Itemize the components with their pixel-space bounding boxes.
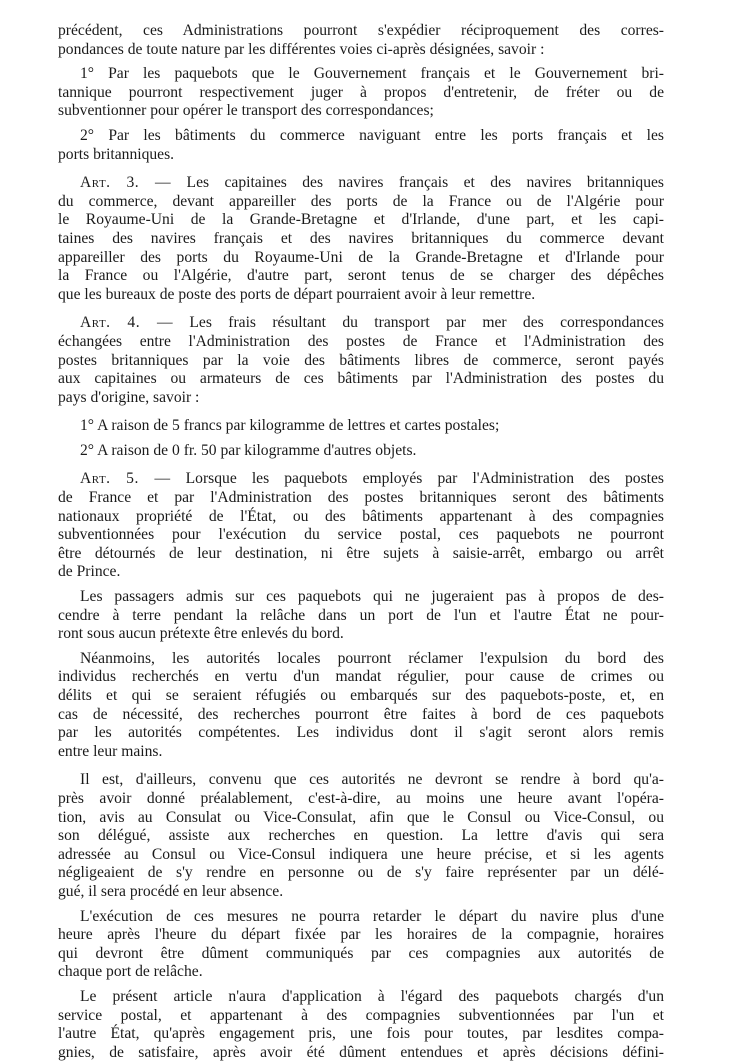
text-line: être détournés de leur destination, ni ê… (58, 545, 664, 564)
text-line: L'exécution de ces mesures ne pourra ret… (58, 908, 664, 927)
text-line: que les bureaux de poste des ports de dé… (58, 286, 664, 305)
article-label: Art. 3. — (80, 174, 171, 191)
text-line: Néanmoins, les autorités locales pourron… (58, 650, 664, 669)
text-line: pondances de toute nature par les différ… (58, 41, 664, 60)
text-line: de France et par l'Administration des po… (58, 489, 664, 508)
text-line: postes britanniques par la voie des bâti… (58, 352, 664, 371)
paragraph-item-2: 2° Par les bâtiments du commerce navigua… (58, 127, 664, 164)
text-line: la France ou l'Algérie, d'autre part, se… (58, 267, 664, 286)
text-line: gué, il sera procédé en leur absence. (58, 883, 664, 902)
text-line: chaque port de relâche. (58, 963, 664, 982)
text-line: précédent, ces Administrations pourront … (58, 22, 664, 41)
text-line: gnies, de satisfaire, après avoir été dû… (58, 1044, 664, 1062)
text-line: taines des navires français et des navir… (58, 230, 664, 249)
text-line: Les passagers admis sur ces paquebots qu… (58, 588, 664, 607)
text-line: de Prince. (58, 563, 664, 582)
text-line: négligeaient de s'y rendre en personne o… (58, 864, 664, 883)
text-line: tion, avis au Consulat ou Vice-Consulat,… (58, 809, 664, 828)
text-line: 2° Par les bâtiments du commerce navigua… (58, 127, 664, 146)
text-line: Art. 3. — Les capitaines des navires fra… (58, 174, 664, 193)
text-line: individus recherchés en vertu d'un manda… (58, 668, 664, 687)
article-3: Art. 3. — Les capitaines des navires fra… (58, 174, 664, 304)
text-line: Le présent article n'aura d'application … (58, 988, 664, 1007)
text-line: le Royaume-Uni de la Grande-Bretagne et … (58, 211, 664, 230)
paragraph-intro: précédent, ces Administrations pourront … (58, 22, 664, 59)
paragraph-present-article: Le présent article n'aura d'application … (58, 988, 664, 1062)
text-line: 2° A raison de 0 fr. 50 par kilogramme d… (58, 442, 664, 461)
text-line: son délégué, assiste aux recherches en q… (58, 827, 664, 846)
text-line: appareiller des ports du Royaume-Uni de … (58, 249, 664, 268)
document-page: précédent, ces Administrations pourront … (58, 22, 664, 1062)
text-line: tannique pourront respectivement juger à… (58, 84, 664, 103)
article-4: Art. 4. — Les frais résultant du transpo… (58, 314, 664, 407)
text-fragment: Les frais résultant du transport par mer… (173, 314, 664, 331)
text-line: délits et qui se seraient réfugiés ou em… (58, 687, 664, 706)
text-line: échangées entre l'Administration des pos… (58, 333, 664, 352)
text-fragment: Lorsque les paquebots employés par l'Adm… (171, 470, 664, 487)
paragraph-execution: L'exécution de ces mesures ne pourra ret… (58, 908, 664, 982)
paragraph-item-1: 1° Par les paquebots que le Gouvernement… (58, 65, 664, 121)
text-line: cendre à terre pendant la relâche dans u… (58, 607, 664, 626)
text-line: Art. 4. — Les frais résultant du transpo… (58, 314, 664, 333)
text-line: 1° Par les paquebots que le Gouvernement… (58, 65, 664, 84)
text-line: par les autorités compétentes. Les indiv… (58, 724, 664, 743)
paragraph-passagers: Les passagers admis sur ces paquebots qu… (58, 588, 664, 644)
paragraph-neanmoins: Néanmoins, les autorités locales pourron… (58, 650, 664, 762)
article-4-item-1: 1° A raison de 5 francs par kilogramme d… (58, 417, 664, 436)
text-line: 1° A raison de 5 francs par kilogramme d… (58, 417, 664, 436)
text-line: nationaux propriété de l'État, ou des bâ… (58, 508, 664, 527)
paragraph-il-est: Il est, d'ailleurs, convenu que ces auto… (58, 771, 664, 901)
text-line: service postal, et appartenant à des com… (58, 1007, 664, 1026)
text-line: Art. 5. — Lorsque les paquebots employés… (58, 470, 664, 489)
text-line: cas de nécessité, des recherches pourron… (58, 706, 664, 725)
text-line: subventionner pour opérer le transport d… (58, 102, 664, 121)
text-line: Il est, d'ailleurs, convenu que ces auto… (58, 771, 664, 790)
article-5: Art. 5. — Lorsque les paquebots employés… (58, 470, 664, 582)
text-line: ront sous aucun prétexte être enlevés du… (58, 625, 664, 644)
text-line: près avoir donné préalablement, c'est-à-… (58, 790, 664, 809)
text-line: ports britanniques. (58, 146, 664, 165)
text-line: l'autre État, qu'après engagement pris, … (58, 1025, 664, 1044)
text-fragment: Les capitaines des navires français et d… (171, 174, 664, 191)
text-line: subventionnées pour l'exécution du servi… (58, 526, 664, 545)
text-line: entre leur mains. (58, 743, 664, 762)
text-line: aux capitaines ou armateurs de ces bâtim… (58, 370, 664, 389)
article-label: Art. 5. — (80, 470, 171, 487)
text-line: qui devront être dûment communiqués par … (58, 945, 664, 964)
text-line: pays d'origine, savoir : (58, 389, 664, 408)
text-line: adressée au Consul ou Vice-Consul indiqu… (58, 846, 664, 865)
text-line: du commerce, devant appareiller des port… (58, 193, 664, 212)
article-label: Art. 4. — (80, 314, 173, 331)
article-4-item-2: 2° A raison de 0 fr. 50 par kilogramme d… (58, 442, 664, 461)
text-line: heure après l'heure du départ fixée par … (58, 926, 664, 945)
